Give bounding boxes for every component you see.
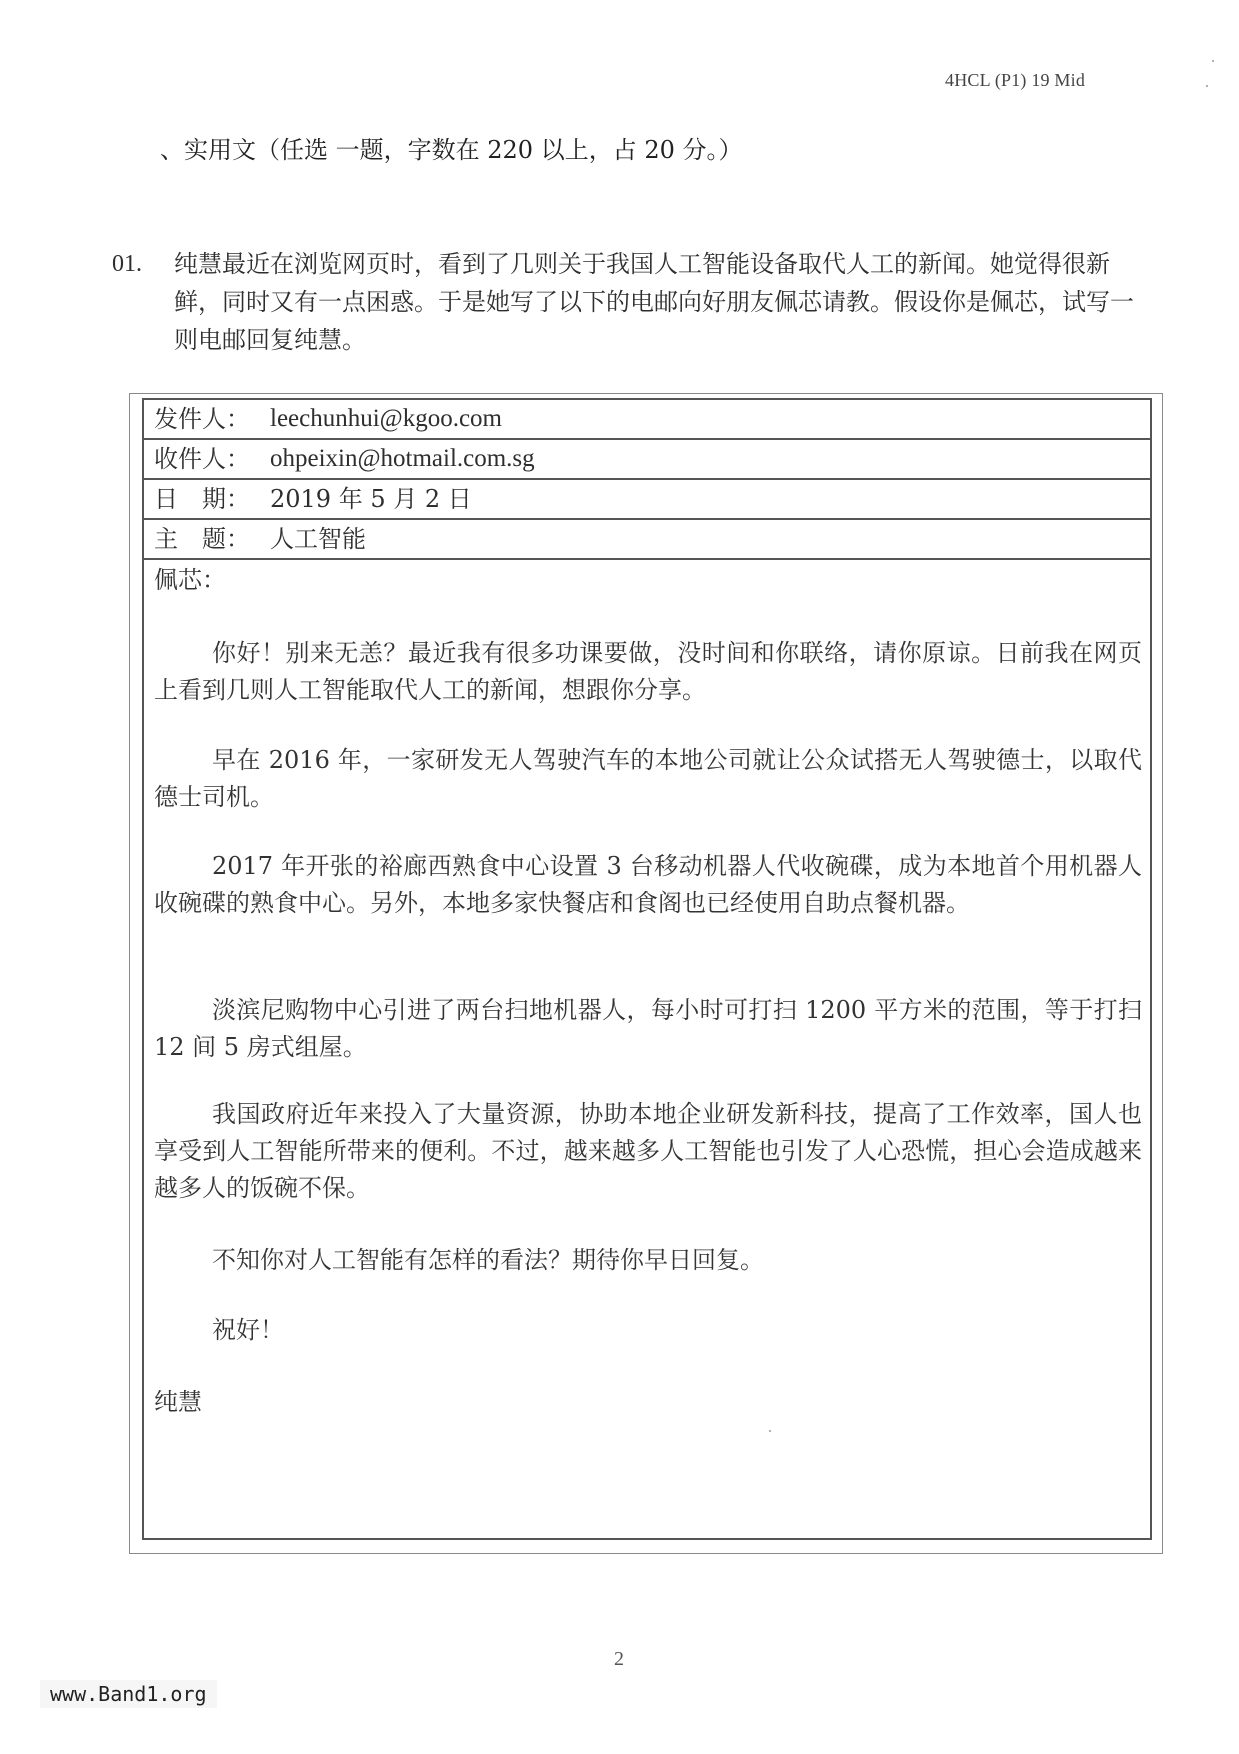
email-paragraph: 2017 年开张的裕廊西熟食中心设置 3 台移动机器人代收碗碟，成为本地首个用机… — [154, 848, 1142, 922]
field-label: 主 题： — [154, 520, 250, 558]
question-prompt: 01. 纯慧最近在浏览网页时，看到了几则关于我国人工智能设备取代人工的新闻。她觉… — [112, 245, 1132, 359]
field-value: ohpeixin@hotmail.com.sg — [270, 440, 535, 478]
email-paragraph: 我国政府近年来投入了大量资源，协助本地企业研发新科技，提高了工作效率，国人也享受… — [154, 1096, 1142, 1207]
scan-speck — [1212, 60, 1214, 62]
scan-speck — [1206, 85, 1208, 87]
field-label: 日 期： — [154, 480, 250, 518]
email-field-date: 日 期： 2019 年 5 月 2 日 — [144, 480, 1150, 520]
scan-speck — [769, 1430, 771, 1432]
email-paragraph: 早在 2016 年，一家研发无人驾驶汽车的本地公司就让公众试搭无人驾驶德士，以取… — [154, 742, 1142, 816]
email-field-recipient: 收件人： ohpeixin@hotmail.com.sg — [144, 440, 1150, 480]
watermark-link[interactable]: www.Band1.org — [40, 1680, 217, 1708]
email-paragraph: 淡滨尼购物中心引进了两台扫地机器人，每小时可打扫 1200 平方米的范围，等于打… — [154, 992, 1142, 1066]
field-value: 2019 年 5 月 2 日 — [270, 480, 472, 518]
page-code: 4HCL (P1) 19 Mid — [945, 70, 1085, 91]
email-paragraph: 不知你对人工智能有怎样的看法？期待你早日回复。 — [154, 1242, 1142, 1279]
email-salutation: 佩芯： — [154, 562, 226, 599]
section-title: 、实用文（任选 一题，字数在 220 以上，占 20 分。） — [160, 130, 743, 165]
email-field-subject: 主 题： 人工智能 — [144, 520, 1150, 560]
email-paragraph: 你好！别来无恙？最近我有很多功课要做，没时间和你联络，请你原谅。日前我在网页上看… — [154, 635, 1142, 709]
email-field-sender: 发件人： leechunhui@kgoo.com — [144, 400, 1150, 440]
field-value: leechunhui@kgoo.com — [270, 400, 502, 438]
question-text: 纯慧最近在浏览网页时，看到了几则关于我国人工智能设备取代人工的新闻。她觉得很新鲜… — [174, 245, 1134, 359]
email-closing: 祝好！ — [154, 1312, 1142, 1349]
email-signature: 纯慧 — [154, 1384, 202, 1421]
field-value: 人工智能 — [270, 520, 366, 558]
field-label: 收件人： — [154, 440, 250, 478]
field-label: 发件人： — [154, 400, 250, 438]
page-number: 2 — [614, 1648, 624, 1671]
question-number: 01. — [112, 245, 142, 283]
email-box: 发件人： leechunhui@kgoo.com 收件人： ohpeixin@h… — [142, 398, 1152, 1540]
